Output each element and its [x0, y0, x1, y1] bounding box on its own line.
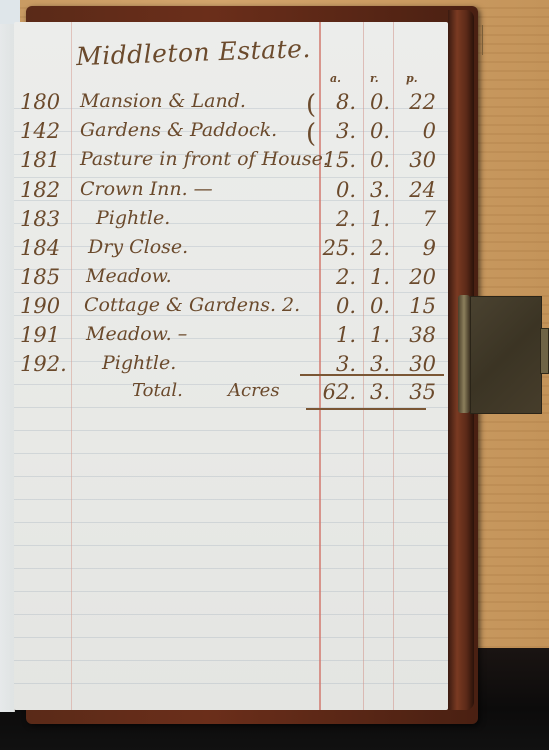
plot-number: 181	[20, 148, 60, 172]
plot-number: 183	[20, 207, 60, 231]
plot-number: 142	[20, 119, 60, 143]
perches-value: 22	[396, 90, 436, 114]
plot-description: Meadow. –	[86, 323, 187, 345]
plot-description: Pightle.	[102, 352, 176, 374]
perches-value: 15	[396, 294, 436, 318]
clasp-hinge	[458, 295, 470, 413]
perches-value: 0	[396, 119, 436, 143]
roods-value: 0.	[364, 119, 390, 143]
ledger-row: 190 Cottage & Gardens. 2. 0. 0. 15	[14, 294, 448, 322]
ledger-page: Middleton Estate. a. r. p. 180 Mansion &…	[14, 22, 448, 710]
pencil-mark	[482, 25, 483, 55]
perches-value: 9	[396, 236, 436, 260]
acres-value: 1.	[314, 323, 356, 347]
perches-value: 20	[396, 265, 436, 289]
roods-value: 1.	[364, 265, 390, 289]
roods-value: 0.	[364, 148, 390, 172]
page-corner	[0, 0, 20, 24]
ledger-row: 181 Pasture in front of House. 15. 0. 30	[14, 148, 448, 176]
plot-number: 180	[20, 90, 60, 114]
ledger-row: 180 Mansion & Land. ( 8. 0. 22	[14, 90, 448, 118]
plot-number: 191	[20, 323, 60, 347]
plot-description: Dry Close.	[88, 236, 188, 258]
perches-header: p.	[406, 72, 418, 85]
clasp-tab	[540, 328, 549, 374]
plot-number: 190	[20, 294, 60, 318]
ledger-row: 142 Gardens & Paddock. ( 3. 0. 0	[14, 119, 448, 147]
plot-number: 185	[20, 265, 60, 289]
brass-clasp	[470, 296, 542, 414]
acres-value: 0.	[314, 294, 356, 318]
plot-description: Crown Inn. —	[80, 178, 213, 200]
perches-value: 7	[396, 207, 436, 231]
page-title: Middleton Estate.	[76, 34, 312, 71]
total-perches: 35	[396, 380, 436, 404]
plot-description: Mansion & Land.	[80, 90, 246, 112]
plot-description: Pightle.	[96, 207, 170, 229]
acres-value: 0.	[314, 178, 356, 202]
roods-value: 0.	[364, 90, 390, 114]
ledger-row: 191 Meadow. – 1. 1. 38	[14, 323, 448, 351]
sum-rule	[300, 374, 444, 376]
roods-value: 2.	[364, 236, 390, 260]
roods-header: r.	[370, 72, 379, 85]
roods-value: 1.	[364, 207, 390, 231]
acres-unit-label: Acres	[228, 380, 280, 401]
ledger-row: 183 Pightle. 2. 1. 7	[14, 207, 448, 235]
perches-value: 24	[396, 178, 436, 202]
roods-value: 0.	[364, 294, 390, 318]
acres-value: 3.	[314, 352, 356, 376]
plot-description: Gardens & Paddock.	[80, 119, 277, 141]
perches-value: 30	[396, 352, 436, 376]
facing-page-edge	[0, 0, 15, 712]
roods-value: 3.	[364, 178, 390, 202]
ledger-row: 185 Meadow. 2. 1. 20	[14, 265, 448, 293]
plot-description: Cottage & Gardens. 2.	[84, 294, 300, 316]
ledger-row: 184 Dry Close. 25. 2. 9	[14, 236, 448, 264]
total-underline	[306, 408, 426, 410]
perches-value: 38	[396, 323, 436, 347]
plot-number: 182	[20, 178, 60, 202]
acres-value: 2.	[314, 207, 356, 231]
plot-description: Meadow.	[86, 265, 172, 287]
acres-value: 25.	[314, 236, 356, 260]
acres-value: 2.	[314, 265, 356, 289]
acres-value: 3.	[314, 119, 356, 143]
acres-value: 15.	[314, 148, 356, 172]
total-acres: 62.	[314, 380, 356, 404]
total-label: Total.	[132, 380, 183, 401]
acres-value: 8.	[314, 90, 356, 114]
plot-number: 192.	[20, 352, 67, 376]
perches-value: 30	[396, 148, 436, 172]
roods-value: 3.	[364, 352, 390, 376]
total-row: Total. Acres 62. 3. 35	[14, 380, 448, 408]
roods-value: 1.	[364, 323, 390, 347]
ledger-row: 182 Crown Inn. — 0. 3. 24	[14, 178, 448, 206]
plot-number: 184	[20, 236, 60, 260]
acres-header: a.	[330, 72, 341, 85]
total-roods: 3.	[364, 380, 390, 404]
plot-description: Pasture in front of House.	[80, 148, 329, 170]
